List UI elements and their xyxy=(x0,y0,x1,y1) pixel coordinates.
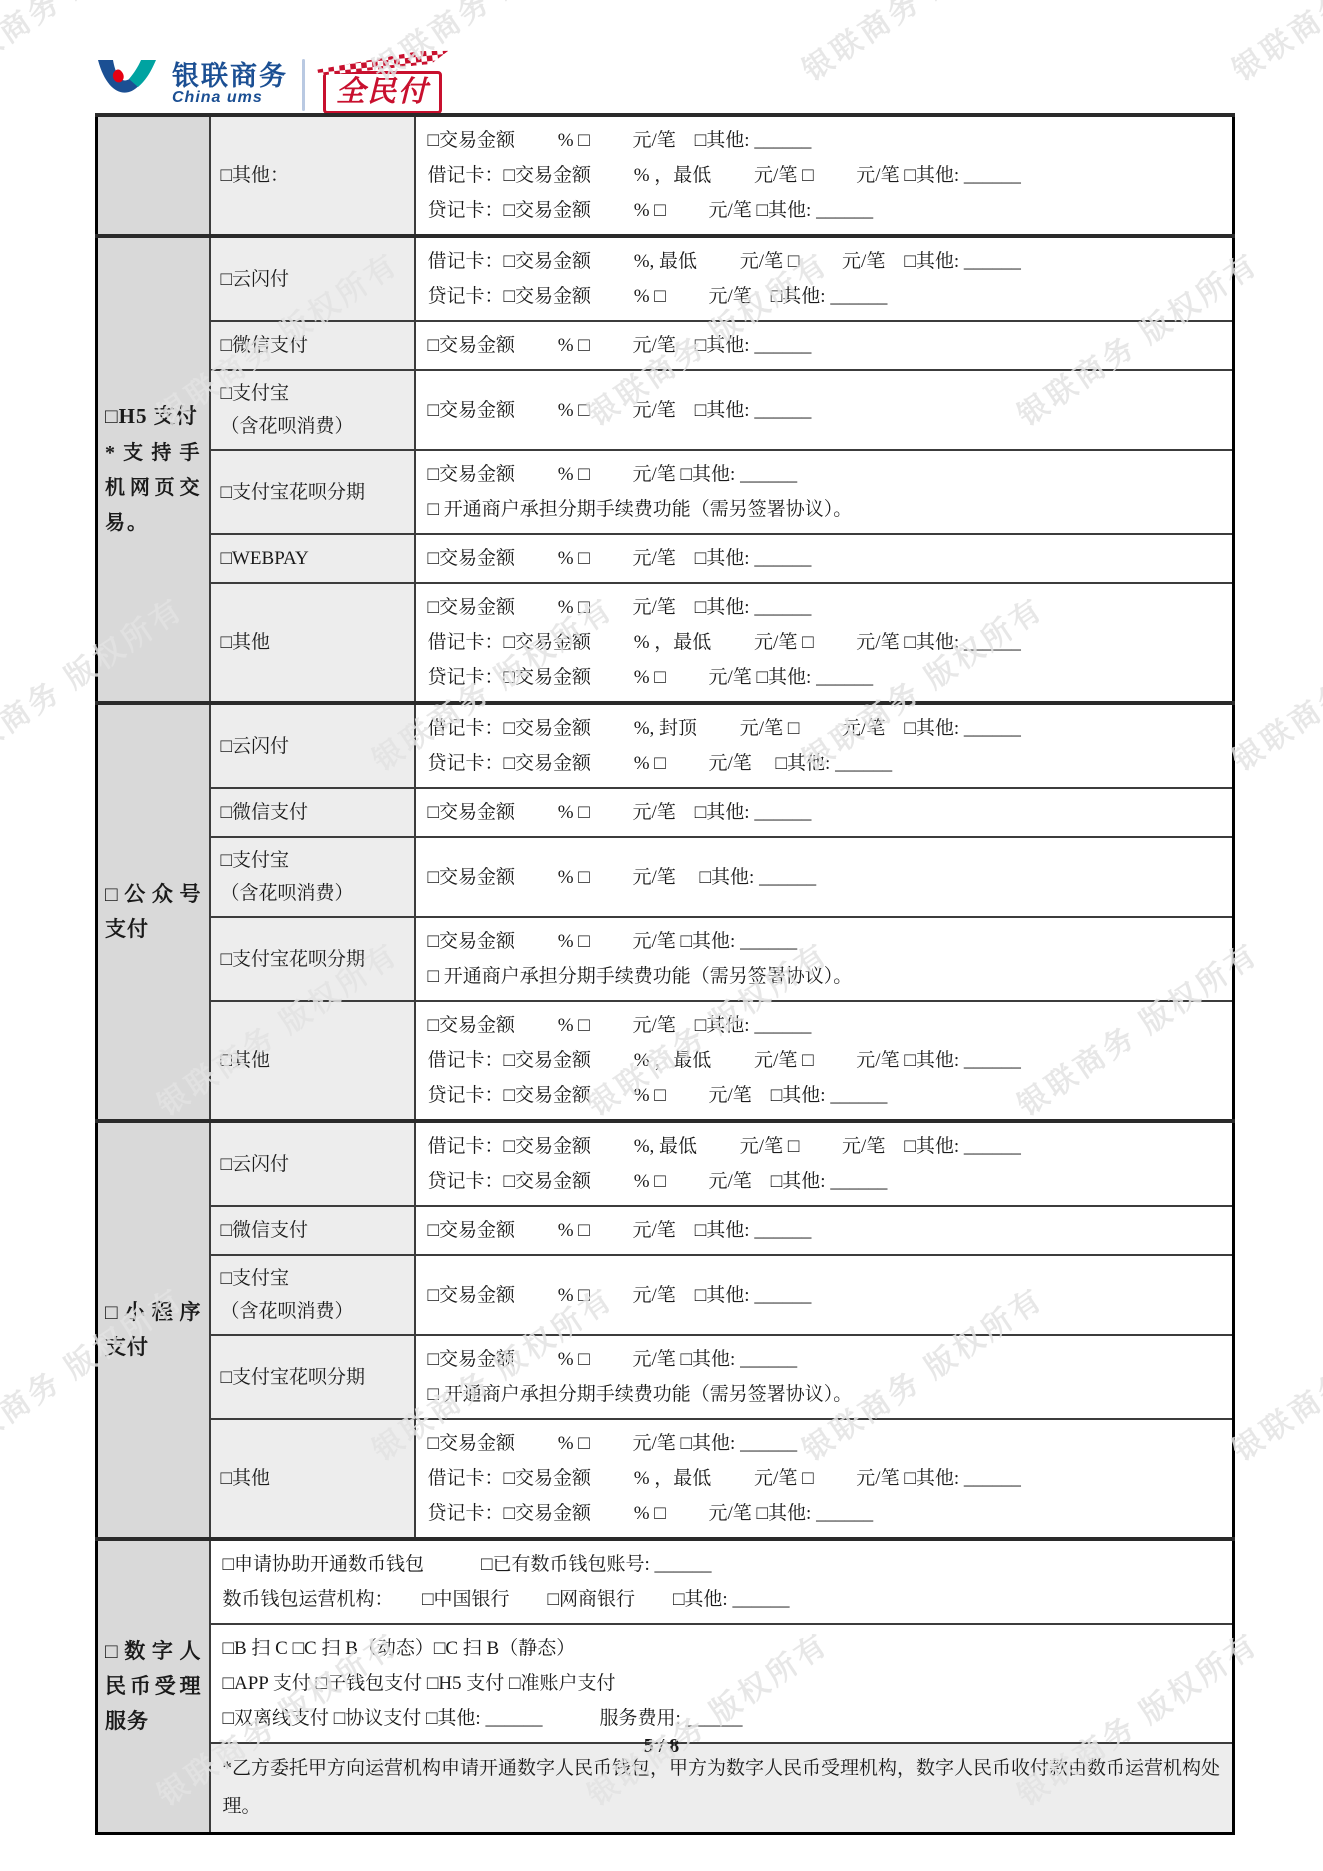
chinaums-logo-icon xyxy=(96,56,158,113)
method-label: □支付宝 xyxy=(221,1262,404,1295)
section-label-cell xyxy=(97,115,210,236)
quanminfu-logo: 全民付 xyxy=(323,69,442,110)
fee-line: □交易金额 % □ 元/笔 □其他: ______ xyxy=(428,541,1221,576)
fee-line: □交易金额 % □ 元/笔 □其他: ______ xyxy=(428,1426,1221,1461)
fee-line: 贷记卡：□交易金额 % □ 元/笔 □其他: ______ xyxy=(428,279,1221,314)
fee-line: 贷记卡：□交易金额 % □ 元/笔 □其他: ______ xyxy=(428,660,1221,695)
fee-line: 贷记卡：□交易金额 % □ 元/笔 □其他: ______ xyxy=(428,1164,1221,1199)
fee-form-table: □其他： □交易金额 % □ 元/笔 □其他: ______ 借记卡：□交易金额… xyxy=(95,113,1235,1835)
fee-line: □申请协助开通数币钱包 □已有数币钱包账号: ______ xyxy=(223,1547,1221,1582)
section-label-cell-gzh: □公众号支付 xyxy=(97,703,210,1121)
method-label: □微信支付 xyxy=(221,796,404,829)
table-row: □数字人民币受理服务 □申请协助开通数币钱包 □已有数币钱包账号: ______… xyxy=(97,1539,1234,1624)
brand-text: 银联商务 China ums xyxy=(172,63,288,106)
fee-cell: □交易金额 % □ 元/笔 □其他: ______ 借记卡：□交易金额 % ，最… xyxy=(415,1001,1234,1121)
fee-line: □交易金额 % □ 元/笔 □其他: ______ xyxy=(428,1278,1221,1313)
product-name: 全民付 xyxy=(323,71,442,114)
table-row: □支付宝花呗分期 □交易金额 % □ 元/笔 □其他: ______ □ 开通商… xyxy=(97,450,1234,534)
wallet-cell: □申请协助开通数币钱包 □已有数币钱包账号: ______ 数币钱包运营机构： … xyxy=(210,1539,1234,1624)
fee-line: 借记卡：□交易金额 % ，最低 元/笔 □ 元/笔 □其他: ______ xyxy=(428,1043,1221,1078)
table-row: □WEBPAY □交易金额 % □ 元/笔 □其他: ______ xyxy=(97,534,1234,583)
note-line: *乙方委托甲方向运营机构申请开通数字人民币钱包，甲方为数字人民币受理机构，数字人… xyxy=(223,1750,1221,1826)
method-label: □其他 xyxy=(221,626,404,659)
method-cell: □支付宝 （含花呗消费） xyxy=(210,370,415,450)
table-row: □支付宝花呗分期 □交易金额 % □ 元/笔 □其他: ______ □ 开通商… xyxy=(97,1335,1234,1419)
method-cell: □微信支付 xyxy=(210,321,415,370)
table-row: □微信支付 □交易金额 % □ 元/笔 □其他: ______ xyxy=(97,788,1234,837)
fee-line: □交易金额 % □ 元/笔 □其他: ______ xyxy=(428,123,1221,158)
table-row: □微信支付 □交易金额 % □ 元/笔 □其他: ______ xyxy=(97,321,1234,370)
method-cell: □其他 xyxy=(210,1001,415,1121)
brand-name-en: China ums xyxy=(172,90,288,106)
section-label-cell-xcx: □小程序支付 xyxy=(97,1121,210,1539)
fee-cell: □交易金额 % □ 元/笔 □其他: ______ xyxy=(415,1206,1234,1255)
watermark-text: 银联商务 版权所有 xyxy=(1222,0,1323,90)
ecny-modes-cell: □B 扫 C □C 扫 B（动态）□C 扫 B（静态） □APP 支付 □子钱包… xyxy=(210,1624,1234,1743)
logo-divider xyxy=(302,59,305,111)
fee-line: □ 开通商户承担分期手续费功能（需另签署协议）。 xyxy=(428,959,1221,994)
method-cell: □云闪付 xyxy=(210,703,415,788)
fee-line: 数币钱包运营机构： □中国银行 □网商银行 □其他: ______ xyxy=(223,1582,1221,1617)
section-label: □小程序支付 xyxy=(105,1295,202,1365)
method-cell: □支付宝花呗分期 xyxy=(210,917,415,1001)
method-cell: □微信支付 xyxy=(210,1206,415,1255)
section-label-cell-ecny: □数字人民币受理服务 xyxy=(97,1539,210,1834)
method-sublabel: （含花呗消费） xyxy=(221,877,404,910)
method-label: □支付宝 xyxy=(221,377,404,410)
method-cell: □微信支付 xyxy=(210,788,415,837)
method-label: □微信支付 xyxy=(221,1214,404,1247)
fee-cell: 借记卡：□交易金额 %, 最低 元/笔 □ 元/笔 □其他: ______ 贷记… xyxy=(415,236,1234,321)
fee-line: □B 扫 C □C 扫 B（动态）□C 扫 B（静态） xyxy=(223,1631,1221,1666)
watermark-text: 银联商务 版权所有 xyxy=(1222,584,1323,779)
method-cell: □支付宝花呗分期 xyxy=(210,450,415,534)
table-row: □B 扫 C □C 扫 B（动态）□C 扫 B（静态） □APP 支付 □子钱包… xyxy=(97,1624,1234,1743)
method-label: □其他 xyxy=(221,1462,404,1495)
table-row: □支付宝 （含花呗消费） □交易金额 % □ 元/笔 □其他: ______ xyxy=(97,370,1234,450)
fee-cell: □交易金额 % □ 元/笔 □其他: ______ □ 开通商户承担分期手续费功… xyxy=(415,1335,1234,1419)
fee-cell: □交易金额 % □ 元/笔 □其他: ______ xyxy=(415,370,1234,450)
table-row: □微信支付 □交易金额 % □ 元/笔 □其他: ______ xyxy=(97,1206,1234,1255)
table-row: □其他： □交易金额 % □ 元/笔 □其他: ______ 借记卡：□交易金额… xyxy=(97,115,1234,236)
table-row: □小程序支付 □云闪付 借记卡：□交易金额 %, 最低 元/笔 □ 元/笔 □其… xyxy=(97,1121,1234,1206)
fee-line: 借记卡：□交易金额 %, 最低 元/笔 □ 元/笔 □其他: ______ xyxy=(428,244,1221,279)
fee-line: 借记卡：□交易金额 % ，最低 元/笔 □ 元/笔 □其他: ______ xyxy=(428,158,1221,193)
fee-line: □交易金额 % □ 元/笔 □其他: ______ xyxy=(428,1213,1221,1248)
fee-line: □双离线支付 □协议支付 □其他: ______ 服务费用: ______ xyxy=(223,1701,1221,1736)
fee-line: □ 开通商户承担分期手续费功能（需另签署协议）。 xyxy=(428,1377,1221,1412)
fee-line: □交易金额 % □ 元/笔 □其他: ______ xyxy=(428,860,1221,895)
fee-line: □交易金额 % □ 元/笔 □其他: ______ xyxy=(428,393,1221,428)
fee-line: □交易金额 % □ 元/笔 □其他: ______ xyxy=(428,457,1221,492)
fee-cell: □交易金额 % □ 元/笔 □其他: ______ 借记卡：□交易金额 % ，最… xyxy=(415,583,1234,703)
method-cell: □其他 xyxy=(210,583,415,703)
method-cell: □支付宝花呗分期 xyxy=(210,1335,415,1419)
fee-cell: □交易金额 % □ 元/笔 □其他: ______ 借记卡：□交易金额 % ，最… xyxy=(415,115,1234,236)
brand-name-cn: 银联商务 xyxy=(172,63,288,90)
fee-line: □交易金额 % □ 元/笔 □其他: ______ xyxy=(428,1008,1221,1043)
document-page: { "header": { "brand_cn": "银联商务", "brand… xyxy=(0,0,1323,1871)
method-label: □云闪付 xyxy=(221,1148,404,1181)
method-label: □云闪付 xyxy=(221,730,404,763)
fee-cell: □交易金额 % □ 元/笔 □其他: ______ xyxy=(415,534,1234,583)
section-label-cell-h5: □H5 支付 *支持手机网页交易。 xyxy=(97,236,210,703)
fee-line: □交易金额 % □ 元/笔 □其他: ______ xyxy=(428,924,1221,959)
fee-cell: 借记卡：□交易金额 %, 封顶 元/笔 □ 元/笔 □其他: ______ 贷记… xyxy=(415,703,1234,788)
method-sublabel: （含花呗消费） xyxy=(221,1295,404,1328)
method-label: □支付宝花呗分期 xyxy=(221,943,404,976)
method-cell: □其他： xyxy=(210,115,415,236)
method-label: □WEBPAY xyxy=(221,542,404,575)
table-row: □支付宝花呗分期 □交易金额 % □ 元/笔 □其他: ______ □ 开通商… xyxy=(97,917,1234,1001)
fee-cell: □交易金额 % □ 元/笔 □其他: ______ xyxy=(415,837,1234,917)
table-row: □H5 支付 *支持手机网页交易。 □云闪付 借记卡：□交易金额 %, 最低 元… xyxy=(97,236,1234,321)
table-row: □支付宝 （含花呗消费） □交易金额 % □ 元/笔 □其他: ______ xyxy=(97,1255,1234,1335)
page-header: 银联商务 China ums 全民付 版本号：V3.0_2022 xyxy=(96,56,1233,112)
fee-line: □交易金额 % □ 元/笔 □其他: ______ xyxy=(428,795,1221,830)
section-label: □数字人民币受理服务 xyxy=(105,1634,202,1739)
table-row: □其他 □交易金额 % □ 元/笔 □其他: ______ 借记卡：□交易金额 … xyxy=(97,1001,1234,1121)
fee-cell: □交易金额 % □ 元/笔 □其他: ______ xyxy=(415,321,1234,370)
method-sublabel: （含花呗消费） xyxy=(221,410,404,443)
table-row: □其他 □交易金额 % □ 元/笔 □其他: ______ 借记卡：□交易金额 … xyxy=(97,1419,1234,1539)
page-number: 5 / 8 xyxy=(0,1735,1323,1758)
fee-line: 借记卡：□交易金额 %, 最低 元/笔 □ 元/笔 □其他: ______ xyxy=(428,1129,1221,1164)
fee-cell: □交易金额 % □ 元/笔 □其他: ______ xyxy=(415,788,1234,837)
fee-cell: □交易金额 % □ 元/笔 □其他: ______ xyxy=(415,1255,1234,1335)
fee-line: □交易金额 % □ 元/笔 □其他: ______ xyxy=(428,1342,1221,1377)
fee-line: 贷记卡：□交易金额 % □ 元/笔 □其他: ______ xyxy=(428,746,1221,781)
fee-line: □APP 支付 □子钱包支付 □H5 支付 □准账户支付 xyxy=(223,1666,1221,1701)
method-label: □其他： xyxy=(221,159,404,192)
section-note: *支持手机网页交易。 xyxy=(105,436,202,541)
method-cell: □云闪付 xyxy=(210,236,415,321)
method-label: □云闪付 xyxy=(221,263,404,296)
section-label: □公众号支付 xyxy=(105,877,202,947)
table-row: □公众号支付 □云闪付 借记卡：□交易金额 %, 封顶 元/笔 □ 元/笔 □其… xyxy=(97,703,1234,788)
fee-line: □ 开通商户承担分期手续费功能（需另签署协议）。 xyxy=(428,492,1221,527)
fee-cell: □交易金额 % □ 元/笔 □其他: ______ □ 开通商户承担分期手续费功… xyxy=(415,917,1234,1001)
fee-line: 借记卡：□交易金额 % ，最低 元/笔 □ 元/笔 □其他: ______ xyxy=(428,1461,1221,1496)
fee-line: 贷记卡：□交易金额 % □ 元/笔 □其他: ______ xyxy=(428,1078,1221,1113)
table-row: □支付宝 （含花呗消费） □交易金额 % □ 元/笔 □其他: ______ xyxy=(97,837,1234,917)
fee-cell: □交易金额 % □ 元/笔 □其他: ______ □ 开通商户承担分期手续费功… xyxy=(415,450,1234,534)
method-cell: □云闪付 xyxy=(210,1121,415,1206)
method-cell: □支付宝 （含花呗消费） xyxy=(210,837,415,917)
fee-line: □交易金额 % □ 元/笔 □其他: ______ xyxy=(428,328,1221,363)
method-label: □支付宝花呗分期 xyxy=(221,1361,404,1394)
fee-line: 借记卡：□交易金额 %, 封顶 元/笔 □ 元/笔 □其他: ______ xyxy=(428,711,1221,746)
method-cell: □支付宝 （含花呗消费） xyxy=(210,1255,415,1335)
fee-line: □交易金额 % □ 元/笔 □其他: ______ xyxy=(428,590,1221,625)
method-label: □微信支付 xyxy=(221,329,404,362)
method-label: □其他 xyxy=(221,1044,404,1077)
fee-line: 贷记卡：□交易金额 % □ 元/笔 □其他: ______ xyxy=(428,1496,1221,1531)
fee-cell: □交易金额 % □ 元/笔 □其他: ______ 借记卡：□交易金额 % ，最… xyxy=(415,1419,1234,1539)
table-row: □其他 □交易金额 % □ 元/笔 □其他: ______ 借记卡：□交易金额 … xyxy=(97,583,1234,703)
fee-line: 贷记卡：□交易金额 % □ 元/笔 □其他: ______ xyxy=(428,193,1221,228)
fee-cell: 借记卡：□交易金额 %, 最低 元/笔 □ 元/笔 □其他: ______ 贷记… xyxy=(415,1121,1234,1206)
watermark-text: 银联商务 版权所有 xyxy=(1222,1274,1323,1469)
section-label: □H5 支付 xyxy=(105,399,202,434)
method-cell: □其他 xyxy=(210,1419,415,1539)
method-label: □支付宝花呗分期 xyxy=(221,476,404,509)
fee-line: 借记卡：□交易金额 % ，最低 元/笔 □ 元/笔 □其他: ______ xyxy=(428,625,1221,660)
method-cell: □WEBPAY xyxy=(210,534,415,583)
method-label: □支付宝 xyxy=(221,844,404,877)
